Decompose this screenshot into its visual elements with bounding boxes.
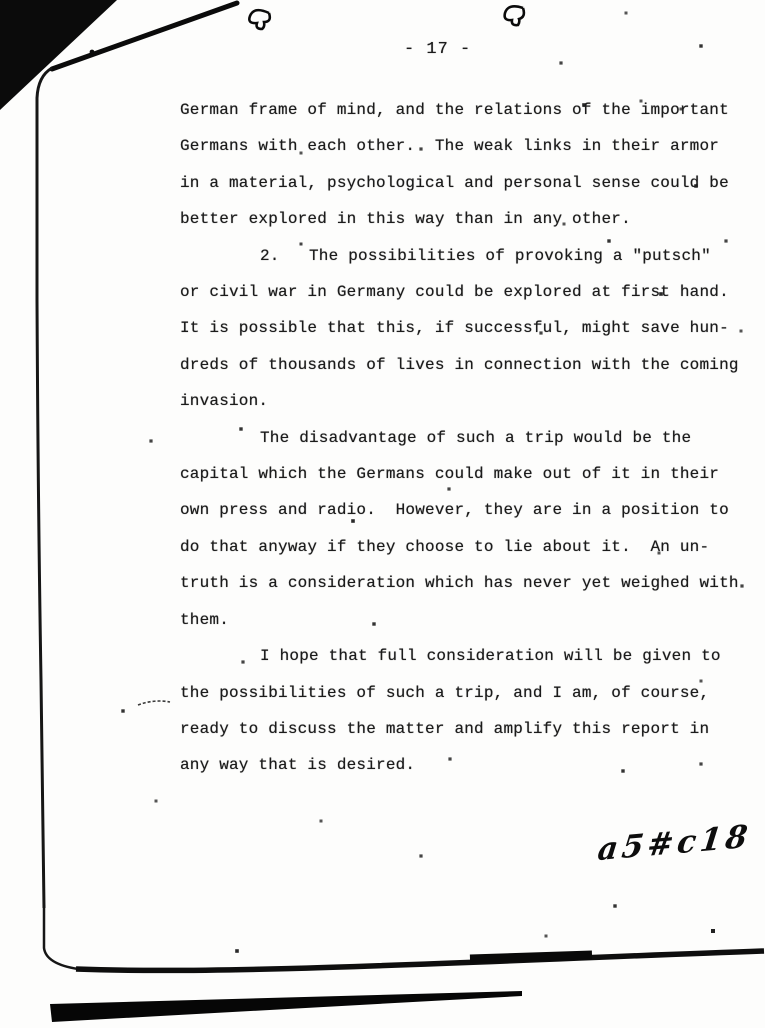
page-bottom-left-curve — [44, 905, 78, 969]
text-line: them. — [180, 602, 755, 638]
text-line: do that anyway if they choose to lie abo… — [180, 529, 755, 565]
text-line: capital which the Germans could make out… — [180, 456, 755, 492]
margin-pencil-mark — [138, 701, 170, 705]
text-line: Germans with each other. The weak links … — [180, 128, 755, 164]
staple-mark-left — [249, 10, 270, 29]
text-line: the possibilities of such a trip, and I … — [180, 675, 755, 711]
text-line: invasion. — [180, 383, 755, 419]
page-number: - 17 - — [404, 40, 471, 59]
text-line: any way that is desired. — [180, 747, 755, 783]
page-left-edge-line — [37, 68, 52, 908]
staple-mark-right — [505, 6, 524, 25]
text-line: in a material, psychological and persona… — [180, 165, 755, 201]
text-line: ready to discuss the matter and amplify … — [180, 711, 755, 747]
text-line: I hope that full consideration will be g… — [180, 638, 755, 674]
text-line: better explored in this way than in any … — [180, 201, 755, 237]
text-line: or civil war in Germany could be explore… — [180, 274, 755, 310]
text-line: dreds of thousands of lives in connectio… — [180, 347, 755, 383]
ink-dot — [90, 50, 95, 55]
text-line: truth is a consideration which has never… — [180, 565, 755, 601]
scan-noise-specks — [0, 0, 2, 2]
text-line: The disadvantage of such a trip would be… — [180, 420, 755, 456]
scanner-black-bar — [50, 991, 522, 1022]
text-line: own press and radio. However, they are i… — [180, 492, 755, 528]
text-line: German frame of mind, and the relations … — [180, 92, 755, 128]
text-line: It is possible that this, if successful,… — [180, 310, 755, 346]
page-bottom-edge-line — [76, 951, 764, 970]
text-line: 2. The possibilities of provoking a "put… — [180, 238, 755, 274]
corner-fold-artifact — [0, 0, 117, 110]
page-bottom-edge-thick-patch — [470, 955, 592, 959]
document-body: German frame of mind, and the relations … — [180, 92, 755, 784]
scanned-document-page: - 17 - German frame of mind, and the rel… — [0, 0, 765, 1028]
